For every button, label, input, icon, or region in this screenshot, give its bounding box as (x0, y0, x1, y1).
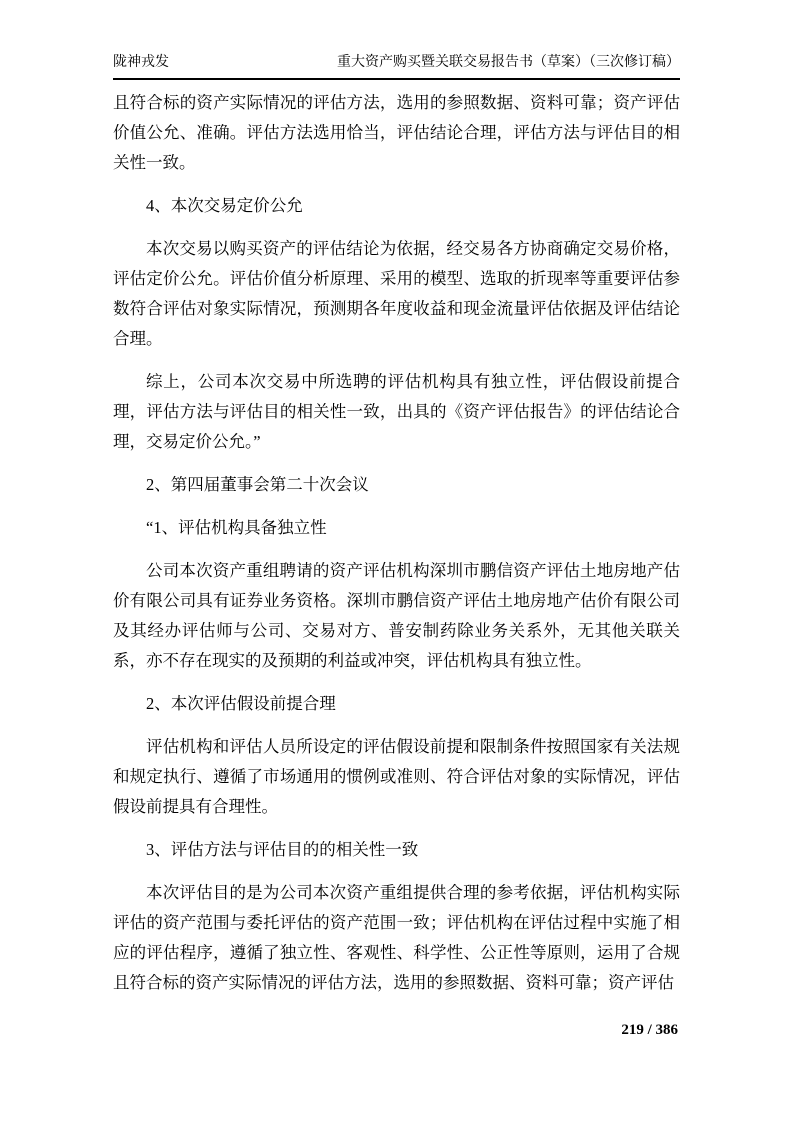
heading-2-fourth-board-twentieth-meeting: 2、第四届董事会第二十次会议 (113, 470, 680, 500)
document-page: 陇神戎发 重大资产购买暨关联交易报告书（草案）（三次修订稿） 且符合标的资产实际… (0, 0, 793, 1122)
paragraph-appraisal-agency-qualification: 公司本次资产重组聘请的资产评估机构深圳市鹏信资产评估土地房地产估价有限公司具有证… (113, 556, 680, 676)
heading-4-transaction-pricing-fair: 4、本次交易定价公允 (113, 191, 680, 221)
heading-1-appraisal-agency-independence: “1、评估机构具备独立性 (113, 513, 680, 543)
header-report-title: 重大资产购买暨关联交易报告书（草案）（三次修订稿） (337, 52, 680, 74)
header-company-short-name: 陇神戎发 (113, 52, 169, 74)
paragraph-appraisal-purpose-detail: 本次评估目的是为公司本次资产重组提供合理的参考依据，评估机构实际评估的资产范围与… (113, 878, 680, 998)
heading-2-appraisal-assumptions-reasonable: 2、本次评估假设前提合理 (113, 689, 680, 719)
paragraph-transaction-pricing-basis: 本次交易以购买资产的评估结论为依据，经交易各方协商确定交易价格，评估定价公允。评… (113, 234, 680, 354)
document-body: 且符合标的资产实际情况的评估方法，选用的参照数据、资料可靠；资产评估价值公允、准… (113, 88, 680, 1011)
page-number: 219 / 386 (621, 1022, 678, 1038)
paragraph-appraisal-assumptions-detail: 评估机构和评估人员所设定的评估假设前提和限制条件按照国家有关法规和规定执行、遵循… (113, 732, 680, 822)
heading-3-method-purpose-consistency: 3、评估方法与评估目的的相关性一致 (113, 835, 680, 865)
page-footer: 219 / 386 (621, 1019, 678, 1041)
paragraph-continuation-valuation-method: 且符合标的资产实际情况的评估方法，选用的参照数据、资料可靠；资产评估价值公允、准… (113, 88, 680, 178)
paragraph-summary-conclusion: 综上，公司本次交易中所选聘的评估机构具有独立性，评估假设前提合理，评估方法与评估… (113, 367, 680, 457)
page-header: 陇神戎发 重大资产购买暨关联交易报告书（草案）（三次修订稿） (113, 52, 680, 80)
